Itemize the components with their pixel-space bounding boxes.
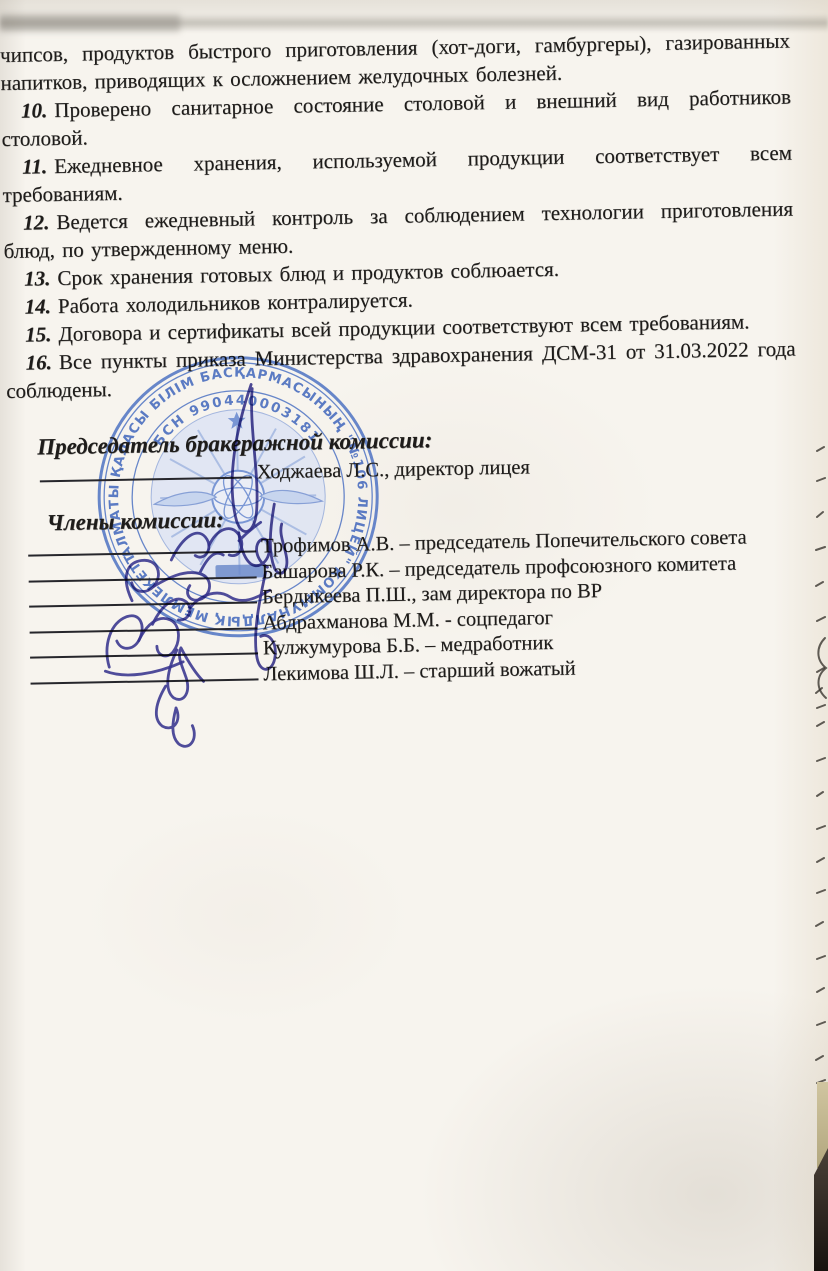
- adjacent-page-text-fragments: [800, 430, 828, 1130]
- signature-stroke: [126, 560, 159, 601]
- edge-text-mark: [816, 447, 825, 1083]
- signature-stroke: [209, 522, 262, 556]
- signature-stroke: [254, 572, 275, 669]
- signature-stroke: [156, 686, 195, 747]
- document-content: чипсов, продуктов быстрого приготовления…: [0, 0, 828, 1271]
- signature-stroke: [270, 504, 288, 574]
- signature-stroke: [171, 533, 209, 560]
- scanned-document-page: чипсов, продуктов быстрого приготовления…: [0, 0, 828, 1271]
- signature-stroke: [230, 384, 257, 531]
- handwritten-signatures: [0, 0, 828, 1271]
- signature-stroke: [138, 618, 178, 656]
- signature-stroke: [167, 647, 204, 699]
- signature-stroke: [106, 616, 143, 668]
